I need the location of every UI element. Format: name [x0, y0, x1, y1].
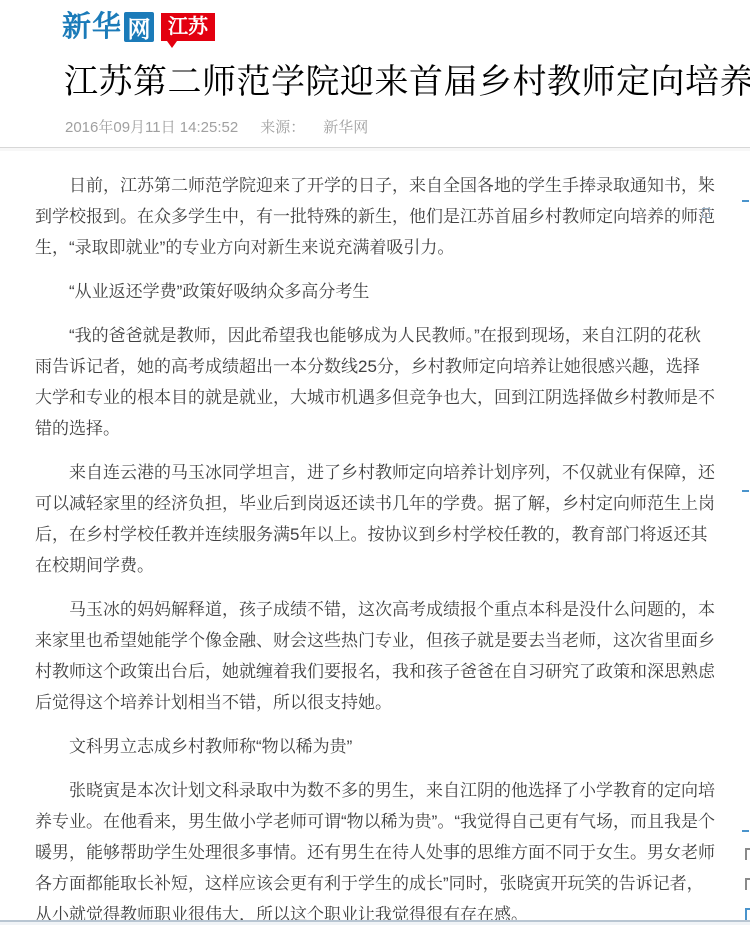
article-paragraph: 来自连云港的马玉冰同学坦言，进了乡村教师定向培养计划序列，不仅就业有保障，还可以… [35, 457, 715, 581]
article-meta: 2016年09月11日 14:25:52 来源： 新华网 [65, 115, 715, 137]
clipped-content-fragment [742, 200, 749, 202]
article-paragraph: 马玉冰的妈妈解释道，孩子成绩不错，这次高考成绩报个重点本科是没什么问题的，本来家… [35, 594, 715, 718]
clipped-content-fragment [745, 908, 750, 920]
clipped-content-fragment [745, 848, 750, 860]
clipped-content-fragment [742, 490, 749, 492]
clipped-content-fragment [702, 208, 710, 218]
article-body: 日前，江苏第二师范学院迎来了开学的日子，来自全国各地的学生手捧录取通知书，来到学… [0, 151, 750, 925]
news-article-page: 新华 网 江苏 江苏第二师范学院迎来首届乡村教师定向培养生 2016年09月11… [0, 0, 750, 925]
clipped-content-fragment [745, 878, 750, 890]
article-paragraph: 张晓寅是本次计划文科录取中为数不多的男生，来自江阴的他选择了小学教育的定向培养专… [35, 775, 715, 925]
publish-datetime: 2016年09月11日 14:25:52 [65, 116, 238, 137]
source-label: 来源： [260, 116, 305, 137]
section-subheading: “从业返还学费”政策好吸纳众多高分考生 [35, 276, 715, 307]
jiangsu-channel-badge[interactable]: 江苏 [161, 13, 215, 41]
site-logo[interactable]: 新华 网 江苏 [62, 12, 715, 46]
clipped-content-fragment [700, 176, 703, 184]
xinhuanet-logo-wang-box: 网 [124, 12, 154, 42]
clipped-content-fragment [742, 830, 749, 832]
article-title: 江苏第二师范学院迎来首届乡村教师定向培养生 [64, 59, 715, 105]
source-name[interactable]: 新华网 [323, 116, 368, 137]
xinhuanet-logo-text: 新华 [62, 12, 122, 42]
bottom-section-edge [0, 920, 750, 925]
article-paragraph: “我的爸爸就是教师，因此希望我也能够成为人民教师。”在报到现场，来自江阴的花秋雨… [35, 320, 715, 444]
article-paragraph: 日前，江苏第二师范学院迎来了开学的日子，来自全国各地的学生手捧录取通知书，来到学… [35, 170, 715, 263]
section-subheading: 文科男立志成乡村教师称“物以稀为贵” [35, 731, 715, 762]
article-header: 新华 网 江苏 江苏第二师范学院迎来首届乡村教师定向培养生 2016年09月11… [0, 0, 750, 137]
